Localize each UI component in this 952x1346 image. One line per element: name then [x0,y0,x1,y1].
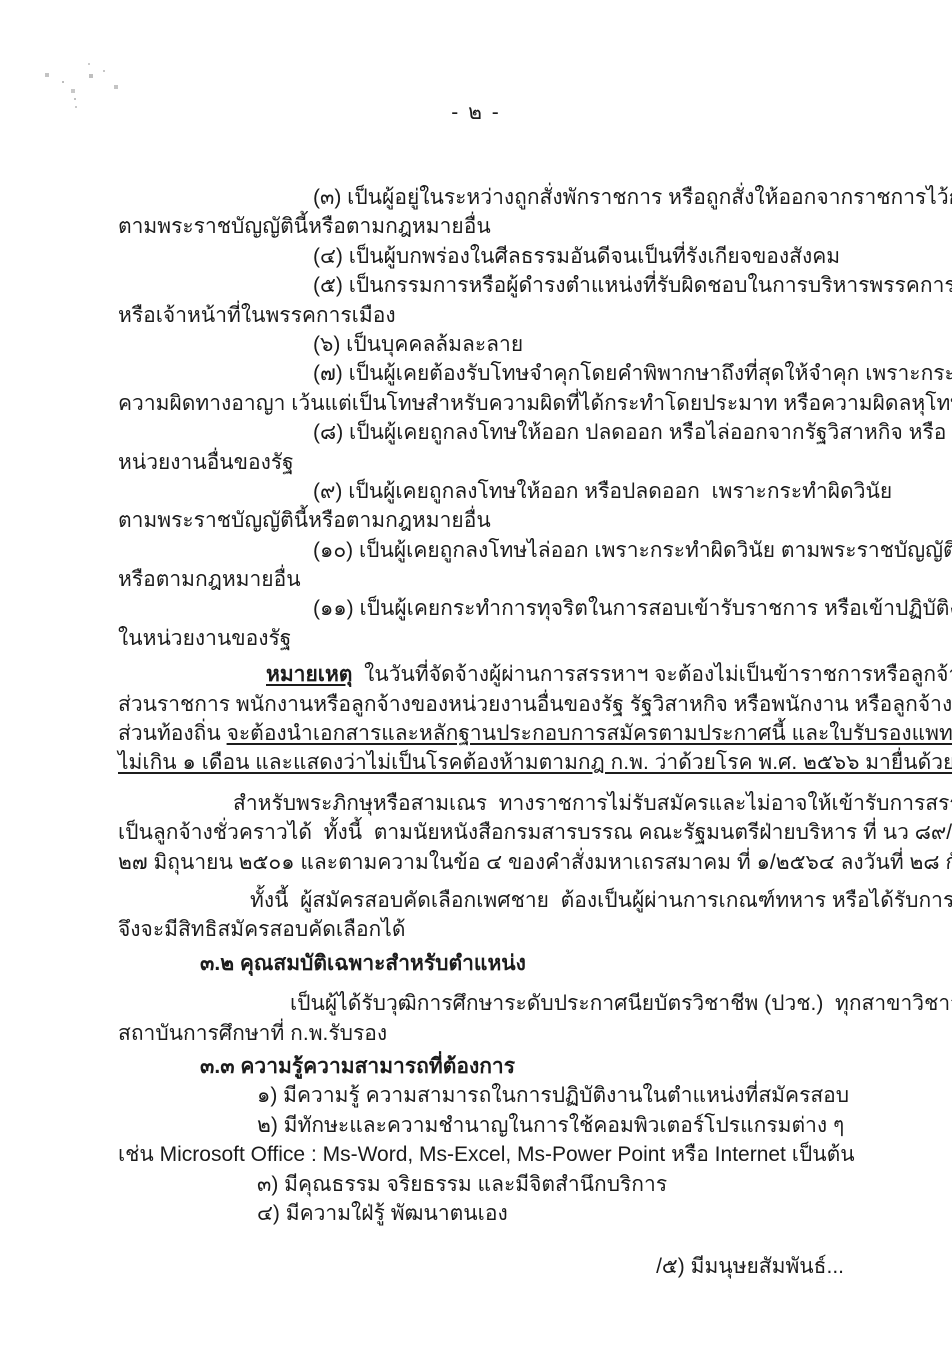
text-run: ๔) มีความใฝ่รู้ พัฒนาตนเอง [257,1202,508,1225]
text-run: เป็นผู้ได้รับวุฒิการศึกษาระดับประกาศนียบ… [290,992,952,1015]
text-run: ในหน่วยงานของรัฐ [118,627,291,650]
text-run: ๒) มีทักษะและความชำนาญในการใช้คอมพิวเตอร… [257,1114,844,1137]
underlined-text-run: ไม่เกิน ๑ เดือน และแสดงว่าไม่เป็นโรคต้อง… [118,751,952,774]
text-line: (๗) เป็นผู้เคยต้องรับโทษจำคุกโดยคำพิพากษ… [118,359,882,388]
text-run: เช่น Microsoft Office : Ms-Word, Ms-Exce… [118,1143,855,1166]
text-line: เป็นผู้ได้รับวุฒิการศึกษาระดับประกาศนียบ… [118,989,882,1018]
text-run: หรือตามกฎหมายอื่น [118,568,301,591]
text-line: ตามพระราชบัญญัตินี้หรือตามกฎหมายอื่น [118,212,882,241]
text-line: สำหรับพระภิกษุหรือสามเณร ทางราชการไม่รับ… [118,789,882,818]
text-run: หรือเจ้าหน้าที่ในพรรคการเมือง [118,304,396,327]
text-line: ไม่เกิน ๑ เดือน และแสดงว่าไม่เป็นโรคต้อง… [118,748,882,777]
text-line: (๑๑) เป็นผู้เคยกระทำการทุจริตในการสอบเข้… [118,594,882,623]
text-line: ๒๗ มิถุนายน ๒๕๐๑ และตามความในข้อ ๔ ของคำ… [118,848,882,877]
document-body: (๓) เป็นผู้อยู่ในระหว่างถูกสั่งพักราชการ… [0,183,952,1282]
text-line: หรือเจ้าหน้าที่ในพรรคการเมือง [118,301,882,330]
text-line: จึงจะมีสิทธิสมัครสอบคัดเลือกได้ [118,915,882,944]
text-run: ๑) มีความรู้ ความสามารถในการปฏิบัติงานใน… [257,1084,849,1107]
text-run: หน่วยงานอื่นของรัฐ [118,451,294,474]
text-run: (๓) เป็นผู้อยู่ในระหว่างถูกสั่งพักราชการ… [313,186,952,209]
text-run: (๑๑) เป็นผู้เคยกระทำการทุจริตในการสอบเข้… [313,597,952,620]
text-line: (๙) เป็นผู้เคยถูกลงโทษให้ออก หรือปลดออก … [118,477,882,506]
text-run: จึงจะมีสิทธิสมัครสอบคัดเลือกได้ [118,918,405,941]
text-line: (๓) เป็นผู้อยู่ในระหว่างถูกสั่งพักราชการ… [118,183,882,212]
text-run: ส่วนท้องถิ่น [118,722,227,745]
text-line: หน่วยงานอื่นของรัฐ [118,448,882,477]
text-run: (๔) เป็นผู้บกพร่องในศีลธรรมอันดีจนเป็นที… [313,245,840,268]
underlined-text-run: จะต้องนำเอกสารและหลักฐานประกอบการสมัครตา… [227,722,952,745]
text-run: ในวันที่จัดจ้างผู้ผ่านการสรรหาฯ จะต้องไม… [352,663,952,686]
text-run: สถาบันการศึกษาที่ ก.พ.รับรอง [118,1022,387,1045]
text-line: ๓) มีคุณธรรม จริยธรรม และมีจิตสำนึกบริกา… [118,1170,882,1199]
text-line: ส่วนท้องถิ่น จะต้องนำเอกสารและหลักฐานประ… [118,719,882,748]
text-run: (๖) เป็นบุคคลล้มละลาย [313,333,523,356]
text-run: สำหรับพระภิกษุหรือสามเณร ทางราชการไม่รับ… [233,792,952,815]
text-line: สถาบันการศึกษาที่ ก.พ.รับรอง [118,1019,882,1048]
text-run: ส่วนราชการ พนักงานหรือลูกจ้างของหน่วยงาน… [118,693,952,716]
text-line: ความผิดทางอาญา เว้นแต่เป็นโทษสำหรับความผ… [118,389,882,418]
continuation-marker: /๕) มีมนุษยสัมพันธ์... [118,1252,882,1281]
text-line: ตามพระราชบัญญัตินี้หรือตามกฎหมายอื่น [118,506,882,535]
text-line: หรือตามกฎหมายอื่น [118,565,882,594]
text-line: ๑) มีความรู้ ความสามารถในการปฏิบัติงานใน… [118,1081,882,1110]
text-line: เช่น Microsoft Office : Ms-Word, Ms-Exce… [118,1140,882,1169]
text-line: (๔) เป็นผู้บกพร่องในศีลธรรมอันดีจนเป็นที… [118,242,882,271]
text-run: (๘) เป็นผู้เคยถูกลงโทษให้ออก ปลดออก หรือ… [313,421,946,444]
text-line: ในหน่วยงานของรัฐ [118,624,882,653]
underlined-text-run: หมายเหตุ [266,663,352,686]
text-run: (๙) เป็นผู้เคยถูกลงโทษให้ออก หรือปลดออก … [313,480,892,503]
text-run: (๑๐) เป็นผู้เคยถูกลงโทษไล่ออก เพราะกระทำ… [313,539,952,562]
text-run: (๗) เป็นผู้เคยต้องรับโทษจำคุกโดยคำพิพากษ… [313,362,952,385]
text-run: ตามพระราชบัญญัตินี้หรือตามกฎหมายอื่น [118,509,491,532]
section-heading-3-3: ๓.๓ ความรู้ความสามารถที่ต้องการ [118,1052,882,1081]
text-line: ทั้งนี้ ผู้สมัครสอบคัดเลือกเพศชาย ต้องเป… [118,886,882,915]
scanned-document-page: - ๒ - (๓) เป็นผู้อยู่ในระหว่างถูกสั่งพัก… [0,0,952,1346]
text-run: ทั้งนี้ ผู้สมัครสอบคัดเลือกเพศชาย ต้องเป… [250,889,952,912]
text-run: ๓.๒ คุณสมบัติเฉพาะสำหรับตำแหน่ง [200,952,526,975]
text-line: เป็นลูกจ้างชั่วคราวได้ ทั้งนี้ ตามนัยหนั… [118,818,882,847]
note-paragraph: หมายเหตุ ในวันที่จัดจ้างผู้ผ่านการสรรหาฯ… [118,660,882,689]
scan-artifact-specks [0,0,2,2]
text-line: (๖) เป็นบุคคลล้มละลาย [118,330,882,359]
text-run: ความผิดทางอาญา เว้นแต่เป็นโทษสำหรับความผ… [118,392,952,415]
document-lines: (๓) เป็นผู้อยู่ในระหว่างถูกสั่งพักราชการ… [118,183,882,1228]
text-run: ๓) มีคุณธรรม จริยธรรม และมีจิตสำนึกบริกา… [257,1173,667,1196]
section-heading-3-2: ๓.๒ คุณสมบัติเฉพาะสำหรับตำแหน่ง [118,949,882,978]
text-line: (๕) เป็นกรรมการหรือผู้ดำรงตำแหน่งที่รับผ… [118,271,882,300]
text-run: ๒๗ มิถุนายน ๒๕๐๑ และตามความในข้อ ๔ ของคำ… [118,851,952,874]
text-line: ๒) มีทักษะและความชำนาญในการใช้คอมพิวเตอร… [118,1111,882,1140]
text-line: ส่วนราชการ พนักงานหรือลูกจ้างของหน่วยงาน… [118,690,882,719]
text-run: ๓.๓ ความรู้ความสามารถที่ต้องการ [200,1055,515,1078]
text-run: เป็นลูกจ้างชั่วคราวได้ ทั้งนี้ ตามนัยหนั… [118,821,952,844]
text-run: (๕) เป็นกรรมการหรือผู้ดำรงตำแหน่งที่รับผ… [313,274,952,297]
page-number: - ๒ - [0,0,952,127]
text-line: (๘) เป็นผู้เคยถูกลงโทษให้ออก ปลดออก หรือ… [118,418,882,447]
text-line: ๔) มีความใฝ่รู้ พัฒนาตนเอง [118,1199,882,1228]
text-run: ตามพระราชบัญญัตินี้หรือตามกฎหมายอื่น [118,215,491,238]
text-line: (๑๐) เป็นผู้เคยถูกลงโทษไล่ออก เพราะกระทำ… [118,536,882,565]
